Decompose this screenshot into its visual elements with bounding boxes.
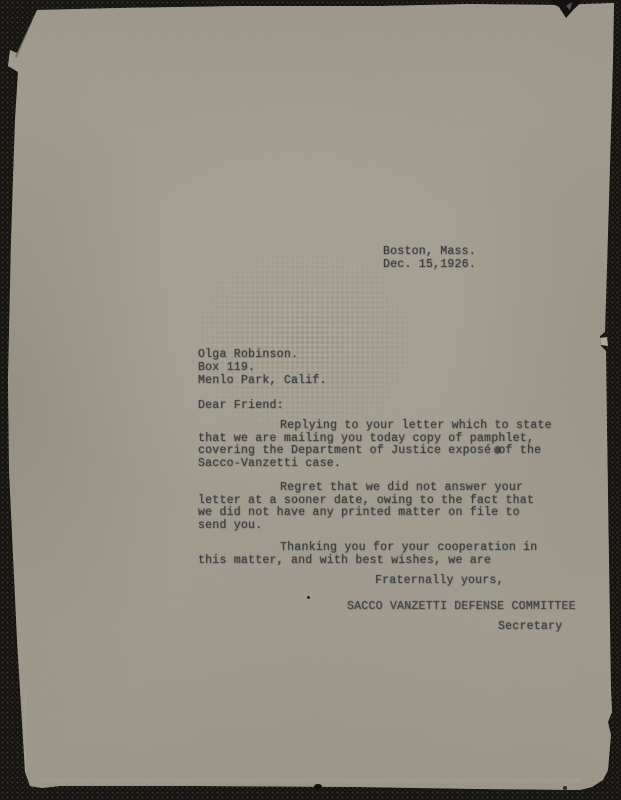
photograph-background: Boston, Mass. Dec. 15,1926. Olga Robinso… <box>0 0 621 800</box>
signer-title: Secretary <box>498 620 562 633</box>
nick-bottom-edge <box>314 784 322 789</box>
paragraph-2: Regret that we did not answer your lette… <box>198 482 534 533</box>
paragraph-line: Replying to your letter which to state <box>198 420 552 433</box>
edge-crease <box>25 688 26 788</box>
dateline-date: Dec. 15,1926. <box>383 258 476 271</box>
typewritten-content: Boston, Mass. Dec. 15,1926. Olga Robinso… <box>0 0 621 800</box>
recipient-name: Olga Robinson. <box>198 349 327 362</box>
paragraph-3: Thanking you for your cooperation in thi… <box>198 542 537 567</box>
salutation: Dear Friend: <box>198 399 284 412</box>
dateline-city: Boston, Mass. <box>383 245 476 258</box>
recipient-address: Olga Robinson. Box 119. Menlo Park, Cali… <box>198 349 327 388</box>
paragraph-line: Thanking you for your cooperation in <box>198 542 537 555</box>
paragraph-line: Sacco-Vanzetti case. <box>198 458 552 471</box>
letter-paper: Boston, Mass. Dec. 15,1926. Olga Robinso… <box>0 0 621 800</box>
bottom-edge-highlight <box>40 779 580 782</box>
paragraph-line: send you. <box>198 520 534 533</box>
closing: Fraternally yours, <box>375 574 504 587</box>
signature-committee: SACCO VANZETTI DEFENSE COMMITTEE <box>347 600 576 613</box>
ink-blot <box>494 446 501 454</box>
paper-speck <box>307 596 310 599</box>
dateline: Boston, Mass. Dec. 15,1926. <box>383 245 476 271</box>
recipient-box: Box 119. <box>198 362 327 375</box>
recipient-city: Menlo Park, Calif. <box>198 375 327 388</box>
paper-speck <box>563 786 567 790</box>
paragraph-line: this matter, and with best wishes, we ar… <box>198 555 537 568</box>
torn-tab-right-edge <box>600 337 608 346</box>
paragraph-line: Regret that we did not answer your <box>198 482 534 495</box>
